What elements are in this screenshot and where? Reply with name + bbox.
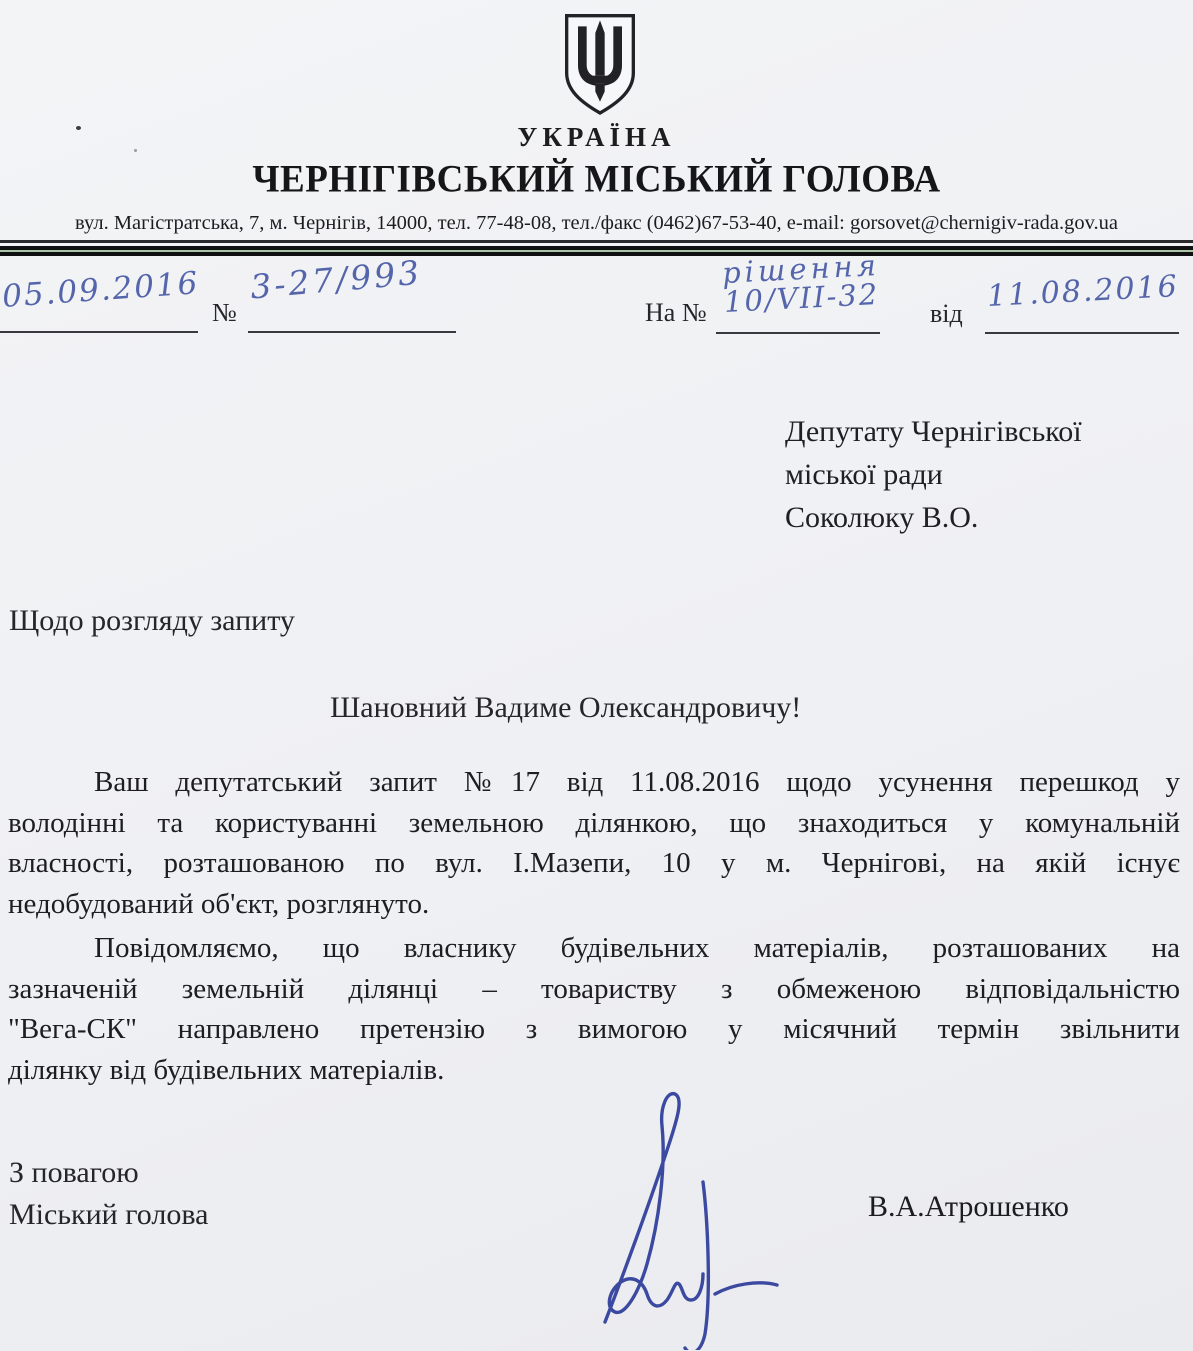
scan-speck bbox=[76, 126, 81, 130]
signoff-title: Міський голова bbox=[9, 1198, 208, 1232]
signoff-respect: З повагою bbox=[9, 1156, 139, 1190]
body-line: володінні та користуванні земельною діля… bbox=[8, 803, 1180, 844]
number-label: № bbox=[212, 298, 237, 328]
body-line: власності, розташованою по вул. І.Мазепи… bbox=[8, 843, 1180, 884]
signatory-name: В.А.Атрошенко bbox=[868, 1190, 1069, 1224]
body-line: Повідомляємо, що власнику будівельних ма… bbox=[8, 928, 1180, 969]
handwritten-incoming-number: 10/VII-32 bbox=[723, 277, 880, 319]
body-line: недобудований об'єкт, розглянуто. bbox=[8, 884, 1180, 925]
letterhead-separator-rule bbox=[0, 240, 1193, 256]
body-line: Ваш депутатський запит №17 від 11.08.201… bbox=[8, 762, 1180, 803]
paragraph-2: Повідомляємо, що власнику будівельних ма… bbox=[8, 928, 1180, 1090]
handwritten-incoming-date: 11.08.2016 bbox=[986, 269, 1179, 314]
incoming-number-label: На № bbox=[645, 298, 707, 328]
incoming-number-underline bbox=[716, 332, 880, 334]
incoming-date-underline bbox=[985, 332, 1179, 334]
scanned-letter-page: УКРАЇНА ЧЕРНІГІВСЬКИЙ МІСЬКИЙ ГОЛОВА вул… bbox=[0, 0, 1193, 1351]
salutation: Шановний Вадиме Олександровичу! bbox=[330, 691, 801, 725]
outgoing-date-underline bbox=[0, 331, 198, 333]
ukraine-coat-of-arms-icon bbox=[560, 8, 640, 122]
handwritten-outgoing-date: 05.09.2016 bbox=[1, 265, 201, 315]
subject-line: Щодо розгляду запиту bbox=[9, 604, 295, 638]
recipient-block: Депутату Чернігівської міської ради Соко… bbox=[785, 410, 1082, 539]
paragraph-1: Ваш депутатський запит №17 від 11.08.201… bbox=[8, 762, 1180, 924]
letter-body: Ваш депутатський запит №17 від 11.08.201… bbox=[8, 762, 1180, 1090]
outgoing-number-underline bbox=[248, 331, 456, 333]
recipient-line: Соколюку В.О. bbox=[785, 496, 1082, 539]
country-heading: УКРАЇНА bbox=[0, 122, 1193, 153]
recipient-line: Депутату Чернігівської bbox=[785, 410, 1082, 453]
body-line: "Вега-СК" направлено претензію з вимогою… bbox=[8, 1009, 1180, 1050]
organization-title: ЧЕРНІГІВСЬКИЙ МІСЬКИЙ ГОЛОВА bbox=[0, 157, 1193, 202]
scan-speck bbox=[134, 149, 137, 152]
letterhead-address: вул. Магістратська, 7, м. Чернігів, 1400… bbox=[0, 212, 1193, 235]
from-date-label: від bbox=[930, 299, 963, 329]
handwritten-outgoing-number: 3-27/993 bbox=[249, 253, 424, 307]
recipient-line: міської ради bbox=[785, 453, 1082, 496]
body-line: зазначеній земельній ділянці – товариств… bbox=[8, 969, 1180, 1010]
signature bbox=[575, 1082, 790, 1350]
